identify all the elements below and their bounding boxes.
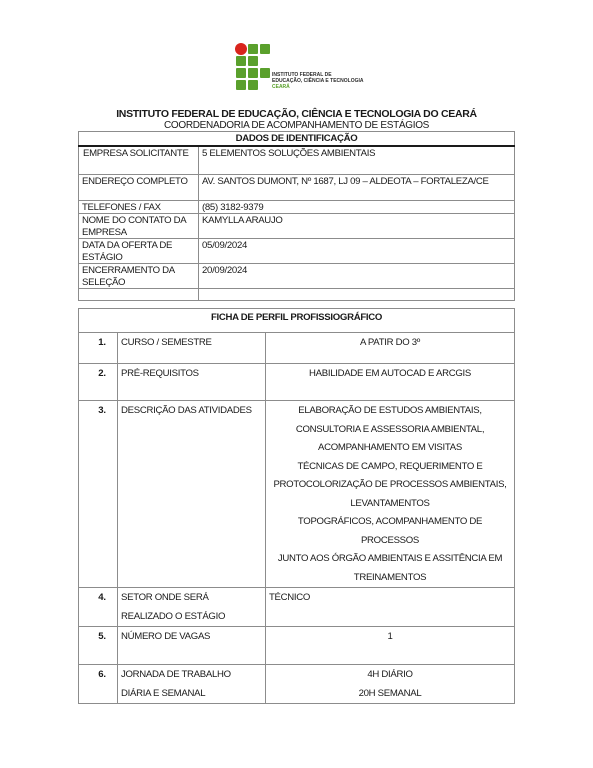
- profile-heading: FICHA DE PERFIL PROFISSIOGRÁFICO: [79, 309, 515, 333]
- row-value: [199, 289, 515, 301]
- row-value: 5 ELEMENTOS SOLUÇÕES AMBIENTAIS: [199, 146, 515, 174]
- row-label: TELEFONES / FAX: [79, 200, 199, 214]
- row-number: 5.: [79, 627, 118, 665]
- table-row: 3. DESCRIÇÃO DAS ATIVIDADES ELABORAÇÃO D…: [79, 401, 515, 588]
- row-number: 6.: [79, 665, 118, 704]
- row-label: PRÉ-REQUISITOS: [118, 364, 266, 401]
- table-row: 6. JORNADA DE TRABALHO DIÁRIA E SEMANAL …: [79, 665, 515, 704]
- table-row: 5. NÚMERO DE VAGAS 1: [79, 627, 515, 665]
- row-number: 2.: [79, 364, 118, 401]
- table-row: ENDEREÇO COMPLETO AV. SANTOS DUMONT, Nº …: [79, 174, 515, 200]
- table-row: TELEFONES / FAX (85) 3182-9379: [79, 200, 515, 214]
- row-label: ENDEREÇO COMPLETO: [79, 174, 199, 200]
- profile-table: FICHA DE PERFIL PROFISSIOGRÁFICO 1. CURS…: [78, 308, 515, 704]
- table-row: DATA DA OFERTA DE ESTÁGIO 05/09/2024: [79, 239, 515, 264]
- table-row: EMPRESA SOLICITANTE 5 ELEMENTOS SOLUÇÕES…: [79, 146, 515, 174]
- table-row: ENCERRAMENTO DA SELEÇÃO 20/09/2024: [79, 264, 515, 289]
- row-number: 1.: [79, 333, 118, 364]
- table-row: 2. PRÉ-REQUISITOS HABILIDADE EM AUTOCAD …: [79, 364, 515, 401]
- row-label: NOME DO CONTATO DA EMPRESA: [79, 214, 199, 239]
- row-label: NÚMERO DE VAGAS: [118, 627, 266, 665]
- logo-red-circle: [235, 43, 247, 55]
- row-value: 1: [266, 627, 515, 665]
- row-label: CURSO / SEMESTRE: [118, 333, 266, 364]
- row-number: 4.: [79, 588, 118, 627]
- row-value-multiline: 4H DIÁRIO 20H SEMANAL: [266, 665, 515, 704]
- ifce-logo: INSTITUTO FEDERAL DE EDUCAÇÃO, CIÊNCIA E…: [234, 42, 374, 98]
- identification-table: DADOS DE IDENTIFICAÇÃO EMPRESA SOLICITAN…: [78, 131, 515, 301]
- row-value: A PATIR DO 3º: [266, 333, 515, 364]
- row-value: TÉCNICO: [266, 588, 515, 627]
- row-value: 20/09/2024: [199, 264, 515, 289]
- row-label: [79, 289, 199, 301]
- logo-text: INSTITUTO FEDERAL DE EDUCAÇÃO, CIÊNCIA E…: [272, 72, 363, 90]
- row-value: AV. SANTOS DUMONT, Nº 1687, LJ 09 – ALDE…: [199, 174, 515, 200]
- table-row: 4. SETOR ONDE SERÁ REALIZADO O ESTÁGIO T…: [79, 588, 515, 627]
- document-page: INSTITUTO FEDERAL DE EDUCAÇÃO, CIÊNCIA E…: [0, 0, 593, 768]
- row-label: EMPRESA SOLICITANTE: [79, 146, 199, 174]
- row-label: SETOR ONDE SERÁ REALIZADO O ESTÁGIO: [118, 588, 266, 627]
- row-label: DATA DA OFERTA DE ESTÁGIO: [79, 239, 199, 264]
- row-value: (85) 3182-9379: [199, 200, 515, 214]
- table-row: NOME DO CONTATO DA EMPRESA KAMYLLA ARAUJ…: [79, 214, 515, 239]
- identification-heading: DADOS DE IDENTIFICAÇÃO: [79, 132, 515, 147]
- institution-title: INSTITUTO FEDERAL DE EDUCAÇÃO, CIÊNCIA E…: [0, 108, 593, 120]
- row-label: ENCERRAMENTO DA SELEÇÃO: [79, 264, 199, 289]
- row-label: DESCRIÇÃO DAS ATIVIDADES: [118, 401, 266, 588]
- row-value: HABILIDADE EM AUTOCAD E ARCGIS: [266, 364, 515, 401]
- table-row: [79, 289, 515, 301]
- department-subtitle: COORDENADORIA DE ACOMPANHAMENTO DE ESTÁG…: [0, 120, 593, 131]
- table-row: 1. CURSO / SEMESTRE A PATIR DO 3º: [79, 333, 515, 364]
- row-label: JORNADA DE TRABALHO DIÁRIA E SEMANAL: [118, 665, 266, 704]
- row-value-multiline: ELABORAÇÃO DE ESTUDOS AMBIENTAIS, CONSUL…: [266, 401, 515, 588]
- row-value: KAMYLLA ARAUJO: [199, 214, 515, 239]
- row-number: 3.: [79, 401, 118, 588]
- row-value: 05/09/2024: [199, 239, 515, 264]
